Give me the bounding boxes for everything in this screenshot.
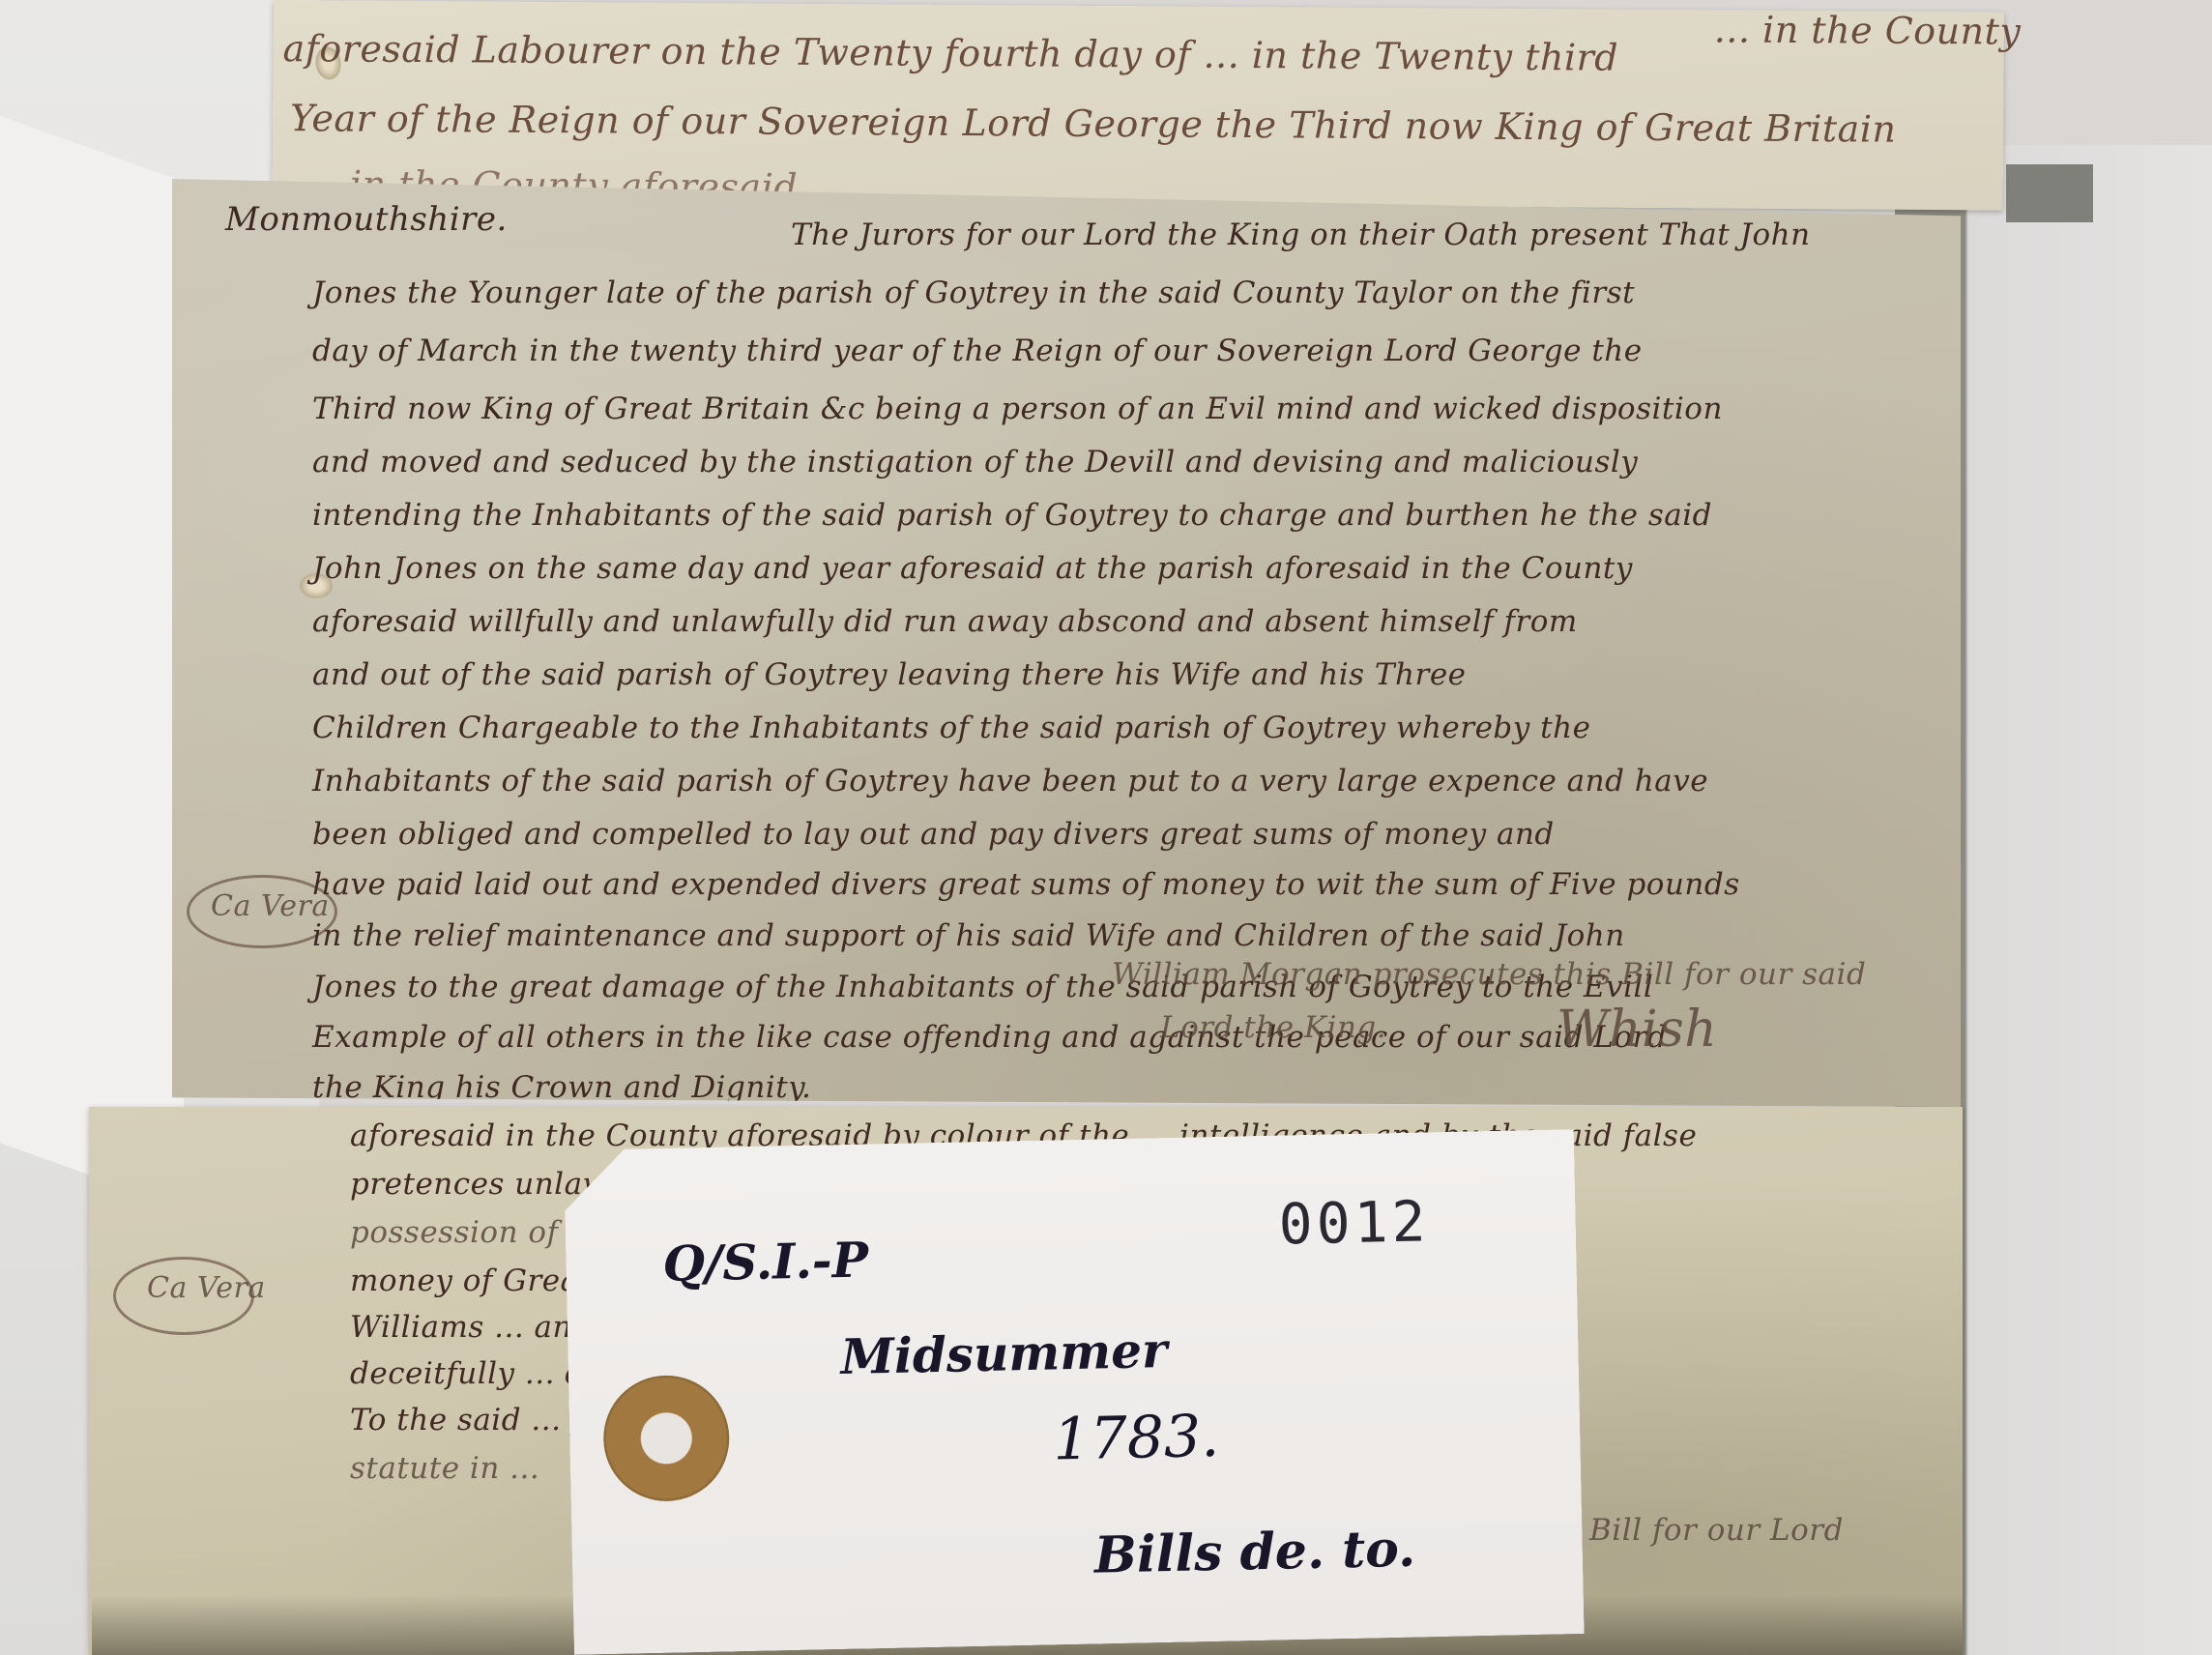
top-document: ... in the County aforesaid Labourer on … [273, 0, 2004, 210]
margin-note: Ca Vera [147, 1271, 266, 1305]
indictment-line-17: the King his Crown and Dignity. [312, 1070, 811, 1105]
tag-category: Bills de. to. [1093, 1520, 1415, 1585]
prosecutor-line-2: Lord the King. [1160, 1010, 1386, 1045]
indictment-line-5: and moved and seduced by the instigation… [312, 445, 1638, 479]
archive-tag: Q/S.I.-P 0012 Midsummer 1783. Bills de. … [564, 1129, 1585, 1655]
indictment-line-16: Example of all others in the like case o… [312, 1020, 1667, 1055]
prosecutor-line: William Morgan prosecutes this Bill for … [1112, 957, 1866, 992]
tag-eyelet-icon [602, 1374, 731, 1502]
clerk-signature: Whish [1557, 1001, 1717, 1059]
county-heading: Monmouthshire. [225, 200, 508, 239]
tag-year: 1783. [1053, 1403, 1220, 1474]
tag-term: Midsummer [840, 1321, 1168, 1385]
top-doc-line-2: aforesaid Labourer on the Twenty fourth … [282, 27, 1618, 79]
indictment-line-9: and out of the said parish of Goytrey le… [312, 657, 1467, 692]
indictment-line-12: been obliged and compelled to lay out an… [312, 817, 1555, 852]
indictment-line-7: John Jones on the same day and year afor… [312, 551, 1633, 586]
top-doc-line-3: Year of the Reign of our Sovereign Lord … [290, 97, 1897, 151]
tag-number: 0012 [1278, 1188, 1430, 1257]
grey-strip [2006, 164, 2093, 222]
indictment-line-13: have paid laid out and expended divers g… [312, 867, 1740, 902]
indictment-line-8: aforesaid willfully and unlawfully did r… [312, 604, 1578, 639]
indictment-line-14: in the relief maintenance and support of… [312, 918, 1625, 953]
top-doc-line-1: ... in the County [1714, 8, 2022, 52]
bottom-doc-line-8: statute in ... [350, 1451, 539, 1486]
indictment-line-4: Third now King of Great Britain &c being… [312, 392, 1723, 426]
indictment-line-2: Jones the Younger late of the parish of … [312, 276, 1635, 310]
indictment-line-6: intending the Inhabitants of the said pa… [312, 498, 1712, 533]
indictment-line-10: Children Chargeable to the Inhabitants o… [312, 711, 1590, 745]
folder-flap [0, 116, 184, 1208]
indictment-line-3: day of March in the twenty third year of… [312, 334, 1643, 368]
indictment-line-11: Inhabitants of the said parish of Goytre… [312, 764, 1708, 798]
tag-reference: Q/S.I.-P [662, 1231, 869, 1292]
indictment-line-1: The Jurors for our Lord the King on thei… [791, 218, 1811, 252]
